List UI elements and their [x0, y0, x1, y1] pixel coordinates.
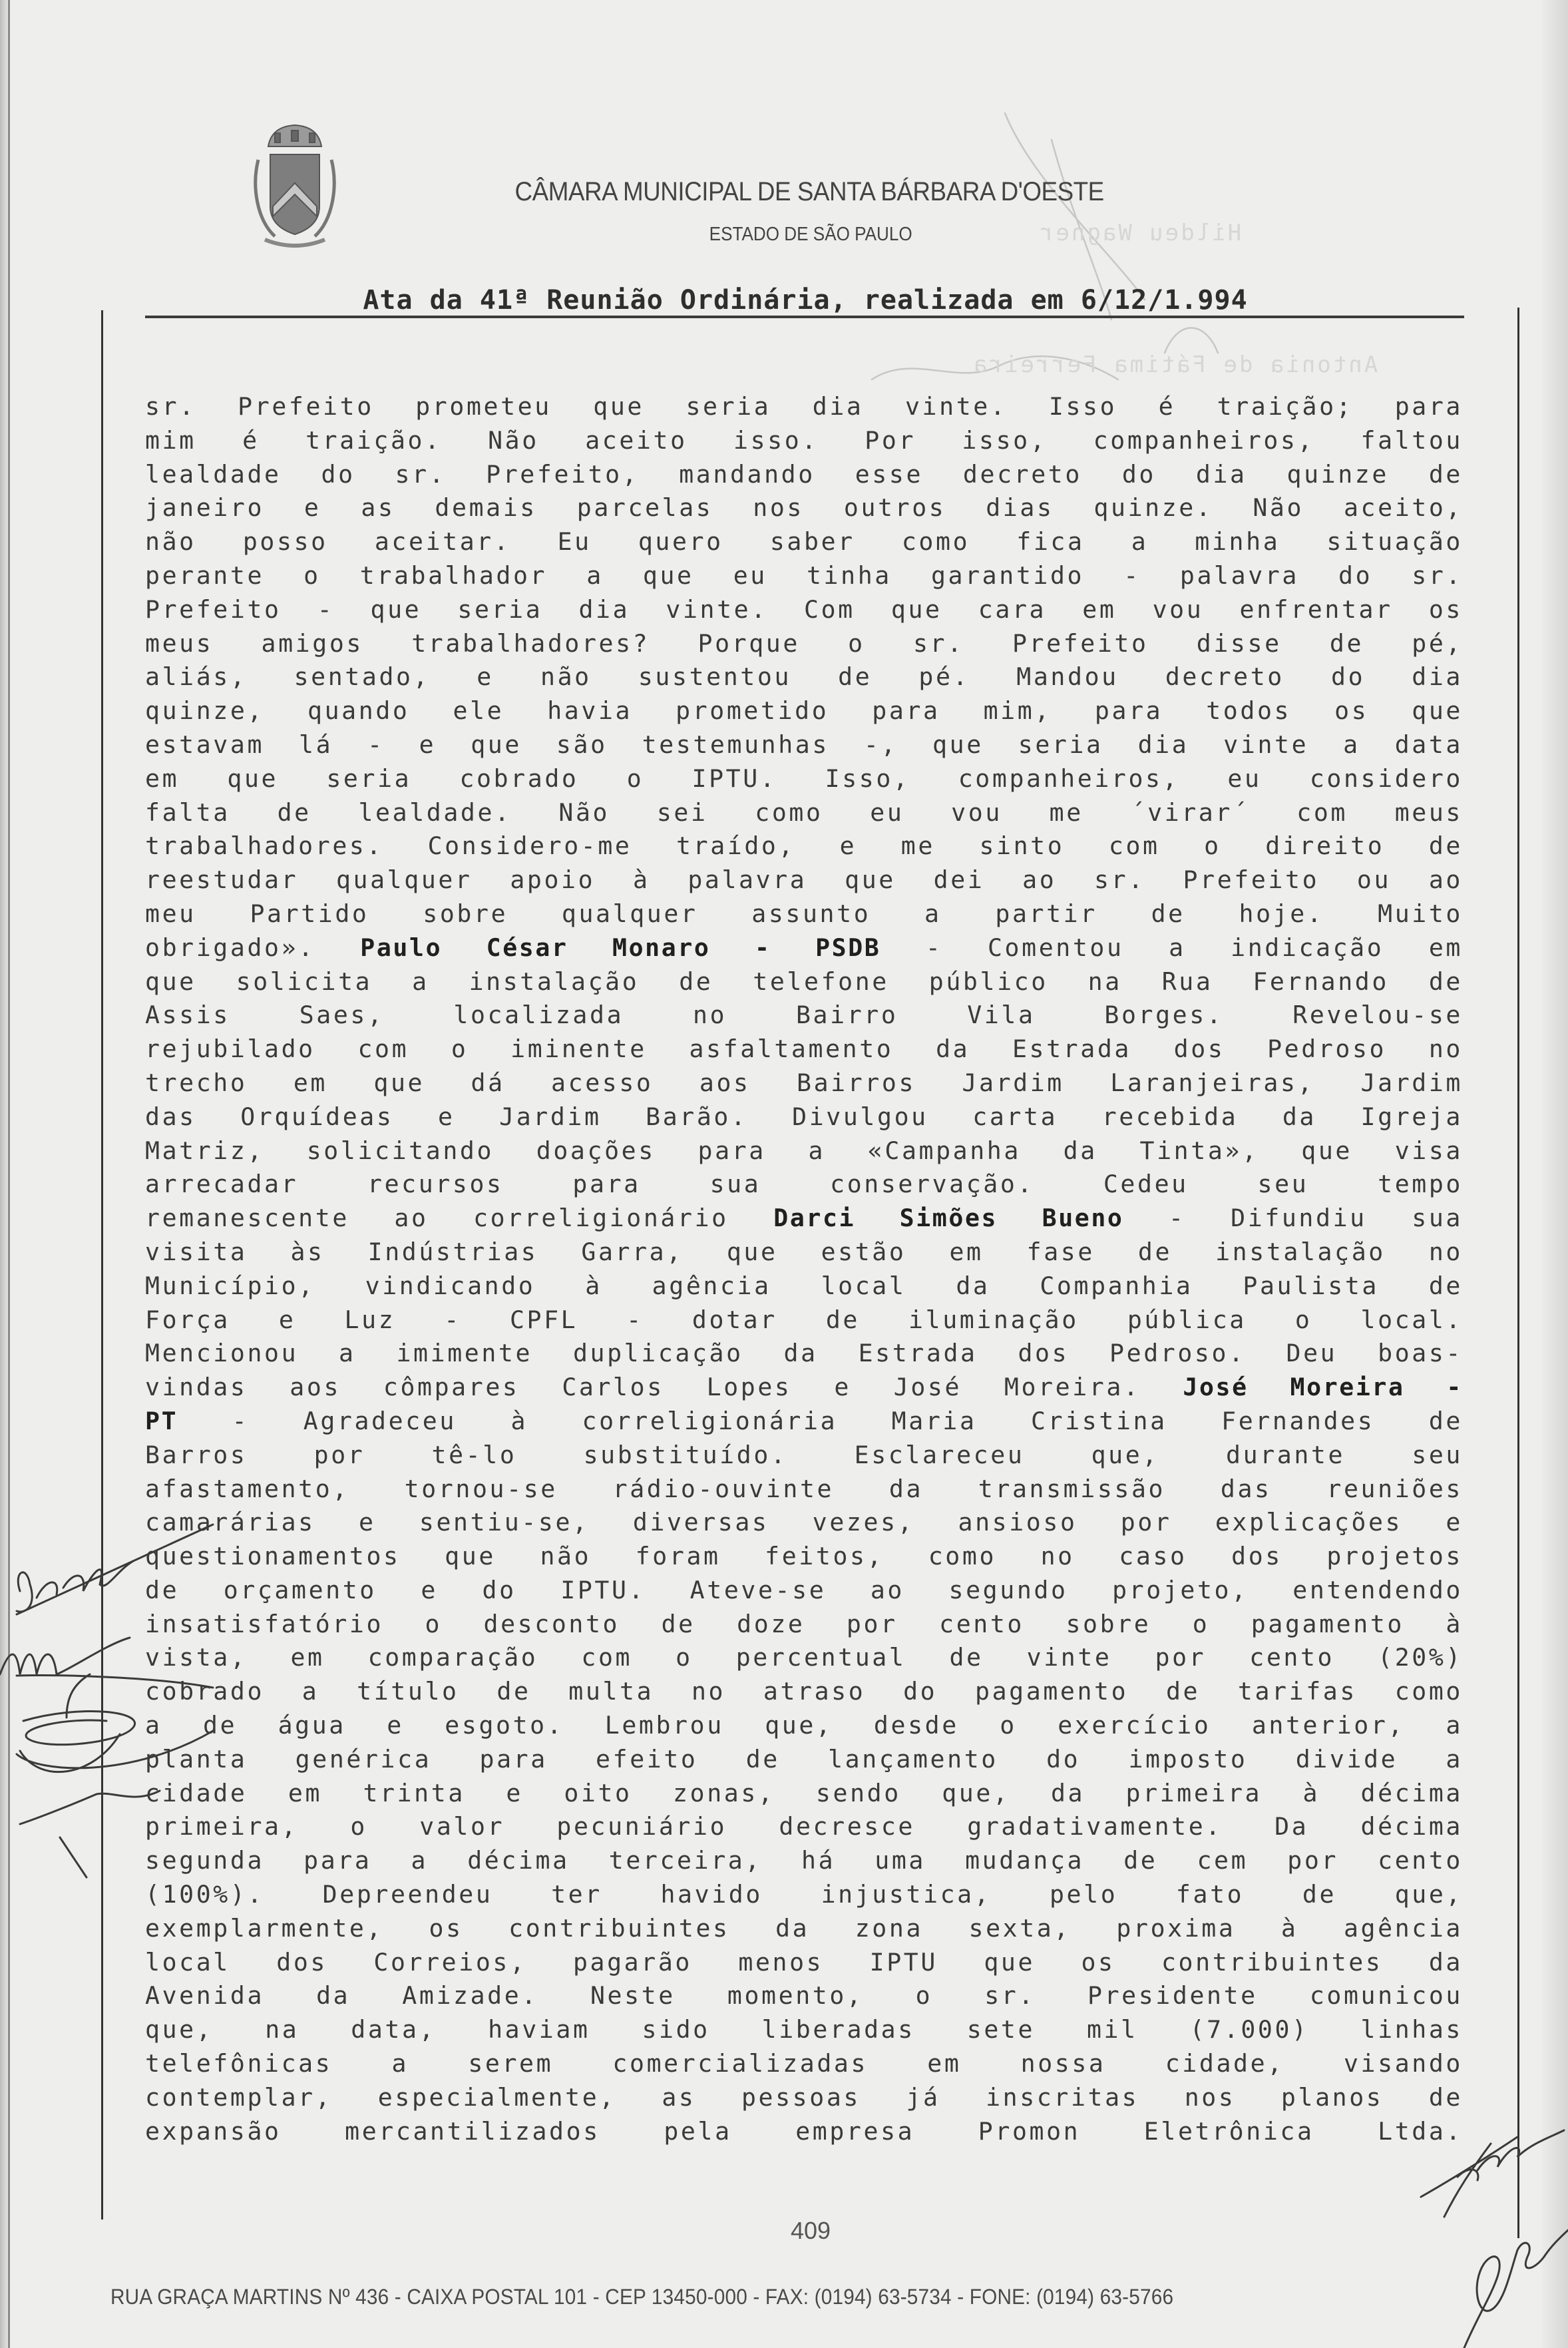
- text-segment: remanescente ao correligionário: [145, 1204, 773, 1232]
- text-segment: segunda para a décima terceira, há uma m…: [145, 1846, 1463, 1875]
- text-line: não posso aceitar. Eu quero saber como f…: [145, 525, 1463, 559]
- text-segment: lealdade do sr. Prefeito, mandando esse …: [145, 460, 1463, 489]
- text-segment: vista, em comparação com o percentual de…: [145, 1643, 1463, 1672]
- text-line: planta genérica para efeito de lançament…: [145, 1743, 1463, 1777]
- text-line: insatisfatório o desconto de doze por ce…: [145, 1608, 1463, 1642]
- text-segment: trecho em que dá acesso aos Bairros Jard…: [145, 1068, 1463, 1097]
- text-line: Força e Luz - CPFL - dotar de iluminação…: [145, 1303, 1463, 1337]
- minutes-body: sr. Prefeito prometeu que seria dia vint…: [145, 390, 1463, 2148]
- text-segment: planta genérica para efeito de lançament…: [145, 1745, 1463, 1773]
- text-segment: Barros por tê-lo substituído. Esclareceu…: [145, 1441, 1463, 1469]
- text-line: obrigado». Paulo César Monaro - PSDB - C…: [145, 931, 1463, 965]
- text-segment: Prefeito - que seria dia vinte. Com que …: [145, 595, 1463, 624]
- text-segment: que, na data, haviam sido liberadas sete…: [145, 2015, 1463, 2044]
- text-line: afastamento, tornou-se rádio-ouvinte da …: [145, 1473, 1463, 1507]
- text-segment: - Difundiu sua: [1124, 1204, 1463, 1232]
- text-line: das Orquídeas e Jardim Barão. Divulgou c…: [145, 1100, 1463, 1134]
- text-segment: Matriz, solicitando doações para a «Camp…: [145, 1136, 1463, 1165]
- text-segment: perante o trabalhador a que eu tinha gar…: [145, 561, 1463, 590]
- text-segment: camarárias e sentiu-se, diversas vezes, …: [145, 1508, 1463, 1536]
- text-line: arrecadar recursos para sua conservação.…: [145, 1168, 1463, 1202]
- text-line: que, na data, haviam sido liberadas sete…: [145, 2013, 1463, 2047]
- text-line: remanescente ao correligionário Darci Si…: [145, 1202, 1463, 1236]
- text-segment: cobrado a título de multa no atraso do p…: [145, 1677, 1463, 1706]
- text-line: de orçamento e do IPTU. Ateve-se ao segu…: [145, 1574, 1463, 1608]
- page-number: 409: [0, 2217, 1568, 2245]
- text-segment: - Comentou a indicação em: [881, 933, 1463, 962]
- text-line: vista, em comparação com o percentual de…: [145, 1641, 1463, 1675]
- text-line: trabalhadores. Considero-me traído, e me…: [145, 829, 1463, 863]
- text-line: segunda para a décima terceira, há uma m…: [145, 1844, 1463, 1878]
- text-segment: afastamento, tornou-se rádio-ouvinte da …: [145, 1475, 1463, 1503]
- speaker-name: Paulo César Monaro - PSDB: [360, 933, 881, 962]
- page-edge-right: [1541, 0, 1568, 2348]
- text-line: (100%). Depreendeu ter havido injustica,…: [145, 1878, 1463, 1912]
- text-segment: janeiro e as demais parcelas nos outros …: [145, 493, 1463, 522]
- text-line: cobrado a título de multa no atraso do p…: [145, 1675, 1463, 1709]
- text-line: telefônicas a serem comercializadas em n…: [145, 2047, 1463, 2081]
- text-line: camarárias e sentiu-se, diversas vezes, …: [145, 1506, 1463, 1540]
- text-line: local dos Correios, pagarão menos IPTU q…: [145, 1946, 1463, 1980]
- text-line: estavam lá - e que são testemunhas -, qu…: [145, 728, 1463, 762]
- text-segment: telefônicas a serem comercializadas em n…: [145, 2049, 1463, 2078]
- text-line: Prefeito - que seria dia vinte. Com que …: [145, 593, 1463, 627]
- text-line: primeira, o valor pecuniário decresce gr…: [145, 1810, 1463, 1844]
- text-line: quinze, quando ele havia prometido para …: [145, 694, 1463, 728]
- text-segment: expansão mercantilizados pela empresa Pr…: [145, 2117, 1463, 2146]
- text-line: perante o trabalhador a que eu tinha gar…: [145, 559, 1463, 593]
- text-segment: (100%). Depreendeu ter havido injustica,…: [145, 1880, 1463, 1909]
- text-line: expansão mercantilizados pela empresa Pr…: [145, 2115, 1463, 2149]
- text-line: lealdade do sr. Prefeito, mandando esse …: [145, 458, 1463, 492]
- text-segment: Mencionou a imimente duplicação da Estra…: [145, 1339, 1463, 1367]
- text-segment: aliás, sentado, e não sustentou de pé. M…: [145, 662, 1463, 691]
- text-segment: Força e Luz - CPFL - dotar de iluminação…: [145, 1305, 1463, 1334]
- text-line: Matriz, solicitando doações para a «Camp…: [145, 1134, 1463, 1168]
- text-segment: contemplar, especialmente, as pessoas já…: [145, 2083, 1463, 2112]
- text-line: cidade em trinta e oito zonas, sendo que…: [145, 1777, 1463, 1811]
- bleed-through-text: Antonia de Fátima Ferreira: [972, 352, 1378, 378]
- text-segment: reestudar qualquer apoio à palavra que d…: [145, 865, 1463, 894]
- text-segment: a de água e esgoto. Lembrou que, desde o…: [145, 1711, 1463, 1740]
- text-segment: meus amigos trabalhadores? Porque o sr. …: [145, 629, 1463, 658]
- text-line: Mencionou a imimente duplicação da Estra…: [145, 1337, 1463, 1371]
- text-line: Município, vindicando à agência local da…: [145, 1270, 1463, 1303]
- text-segment: local dos Correios, pagarão menos IPTU q…: [145, 1948, 1463, 1977]
- text-line: Assis Saes, localizada no Bairro Vila Bo…: [145, 999, 1463, 1033]
- organization-state: ESTADO DE SÃO PAULO: [87, 224, 1498, 246]
- text-line: a de água e esgoto. Lembrou que, desde o…: [145, 1709, 1463, 1743]
- text-segment: vindas aos cômpares Carlos Lopes e José …: [145, 1373, 1183, 1401]
- text-segment: Assis Saes, localizada no Bairro Vila Bo…: [145, 1001, 1463, 1029]
- speaker-name: Darci Simões Bueno: [773, 1204, 1123, 1232]
- text-segment: estavam lá - e que são testemunhas -, qu…: [145, 730, 1463, 759]
- organization-name: CÂMARA MUNICIPAL DE SANTA BÁRBARA D'OEST…: [70, 177, 1513, 207]
- text-segment: das Orquídeas e Jardim Barão. Divulgou c…: [145, 1102, 1463, 1131]
- margin-signature-icon: [0, 1498, 213, 2030]
- text-segment: questionamentos que não foram feitos, co…: [145, 1542, 1463, 1570]
- page-signature-icon: [1424, 2217, 1568, 2348]
- text-segment: mim é traição. Não aceito isso. Por isso…: [145, 426, 1463, 455]
- text-line: Avenida da Amizade. Neste momento, o sr.…: [145, 1979, 1463, 2013]
- text-line: PT - Agradeceu à correligionária Maria C…: [145, 1405, 1463, 1439]
- footer-address: RUA GRAÇA MARTINS Nº 436 - CAIXA POSTAL …: [110, 2285, 1442, 2309]
- text-line: aliás, sentado, e não sustentou de pé. M…: [145, 660, 1463, 694]
- text-segment: visita às Indústrias Garra, que estão em…: [145, 1238, 1463, 1266]
- text-segment: primeira, o valor pecuniário decresce gr…: [145, 1812, 1463, 1841]
- text-segment: - Agradeceu à correligionária Maria Cris…: [178, 1407, 1463, 1435]
- text-line: sr. Prefeito prometeu que seria dia vint…: [145, 390, 1463, 424]
- text-line: vindas aos cômpares Carlos Lopes e José …: [145, 1371, 1463, 1405]
- speaker-name: PT: [145, 1407, 178, 1435]
- text-line: visita às Indústrias Garra, que estão em…: [145, 1236, 1463, 1270]
- title-underline: [145, 316, 1464, 318]
- text-line: trecho em que dá acesso aos Bairros Jard…: [145, 1066, 1463, 1100]
- text-segment: quinze, quando ele havia prometido para …: [145, 696, 1463, 725]
- document-title: Ata da 41ª Reunião Ordinária, realizada …: [146, 285, 1464, 316]
- text-line: rejubilado com o iminente asfaltamento d…: [145, 1033, 1463, 1066]
- text-segment: rejubilado com o iminente asfaltamento d…: [145, 1035, 1463, 1063]
- text-segment: não posso aceitar. Eu quero saber como f…: [145, 527, 1463, 556]
- text-segment: insatisfatório o desconto de doze por ce…: [145, 1610, 1463, 1638]
- text-segment: sr. Prefeito prometeu que seria dia vint…: [145, 392, 1463, 421]
- text-segment: em que seria cobrado o IPTU. Isso, compa…: [145, 764, 1463, 793]
- margin-rule-right: [1517, 308, 1519, 2238]
- text-line: questionamentos que não foram feitos, co…: [145, 1540, 1463, 1574]
- text-segment: cidade em trinta e oito zonas, sendo que…: [145, 1779, 1463, 1807]
- text-line: meu Partido sobre qualquer assunto a par…: [145, 897, 1463, 931]
- text-segment: de orçamento e do IPTU. Ateve-se ao segu…: [145, 1576, 1463, 1604]
- text-line: mim é traição. Não aceito isso. Por isso…: [145, 424, 1463, 458]
- text-segment: que solicita a instalação de telefone pú…: [145, 967, 1463, 996]
- text-segment: falta de lealdade. Não sei como eu vou m…: [145, 798, 1463, 827]
- text-segment: exemplarmente, os contribuintes da zona …: [145, 1914, 1463, 1943]
- text-segment: Município, vindicando à agência local da…: [145, 1272, 1463, 1300]
- text-segment: arrecadar recursos para sua conservação.…: [145, 1170, 1463, 1198]
- text-segment: obrigado».: [145, 933, 360, 962]
- text-line: janeiro e as demais parcelas nos outros …: [145, 491, 1463, 525]
- text-line: em que seria cobrado o IPTU. Isso, compa…: [145, 762, 1463, 796]
- text-segment: meu Partido sobre qualquer assunto a par…: [145, 899, 1463, 928]
- text-line: meus amigos trabalhadores? Porque o sr. …: [145, 627, 1463, 661]
- text-line: Barros por tê-lo substituído. Esclareceu…: [145, 1439, 1463, 1473]
- text-line: exemplarmente, os contribuintes da zona …: [145, 1912, 1463, 1946]
- text-segment: Avenida da Amizade. Neste momento, o sr.…: [145, 1981, 1463, 2010]
- text-line: falta de lealdade. Não sei como eu vou m…: [145, 796, 1463, 830]
- text-line: que solicita a instalação de telefone pú…: [145, 965, 1463, 999]
- text-line: reestudar qualquer apoio à palavra que d…: [145, 863, 1463, 897]
- text-line: contemplar, especialmente, as pessoas já…: [145, 2081, 1463, 2115]
- speaker-name: José Moreira -: [1183, 1373, 1463, 1401]
- text-segment: trabalhadores. Considero-me traído, e me…: [145, 831, 1463, 860]
